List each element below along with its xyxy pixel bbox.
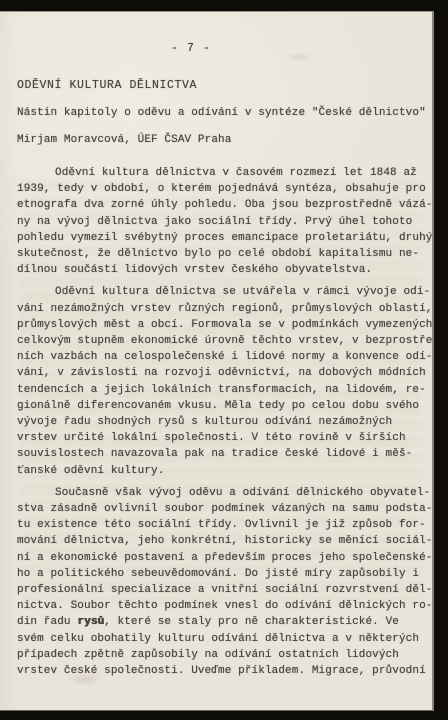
paragraph: Oděvní kultura dělnictva v časovém rozme…: [17, 165, 426, 278]
text-line: 1939, tedy v období, o kterém pojednává …: [17, 181, 426, 197]
text-line: případech zpětně zapůsobily na odívání o…: [17, 647, 426, 663]
text-line: vrstev české společnosti. Uveďme příklad…: [17, 663, 426, 679]
text-line: profesionální specializace a vnitřní soc…: [17, 582, 426, 598]
text-line: gionálně diferencovaném vkusu. Měla tedy…: [17, 398, 426, 414]
author-line: Mirjam Moravcová, ÚEF ČSAV Praha: [17, 134, 426, 146]
document-page: - 7 - ODĚVNÍ KULTURA DĚLNICTVA Nástin ka…: [0, 11, 434, 711]
page-subtitle: Nástin kapitoly o oděvu a odívání v synt…: [17, 107, 426, 119]
text-line: vání nezámožných vrstev různých regionů,…: [17, 301, 426, 317]
page-content: - 7 - ODĚVNÍ KULTURA DĚLNICTVA Nástin ka…: [0, 42, 432, 679]
page-number: - 7 -: [17, 42, 426, 55]
text-line: skutečnost, že dělnictvo bylo po celé ob…: [17, 246, 426, 262]
text-line: etnografa dva zorné úhly pohledu. Oba js…: [17, 197, 426, 213]
text-line: Oděvní kultura dělnictva v časovém rozme…: [17, 165, 426, 181]
text-line: mování dělnictva, jeho konkrétní, histor…: [17, 533, 426, 549]
text-line: pohledu vymezil svébytný proces emancipa…: [17, 230, 426, 246]
text-line: souvislostech navazovala pak na tradice …: [17, 446, 426, 462]
text-line: ny na vývoj dělnictva jako sociální tříd…: [17, 214, 426, 230]
text-line: Současně však vývoj oděvu a odívání děln…: [17, 485, 426, 501]
scan-background: - 7 - ODĚVNÍ KULTURA DĚLNICTVA Nástin ka…: [0, 0, 448, 720]
text-line: tendencích a jejich lokálních transforma…: [17, 382, 426, 398]
text-line: Oděvní kultura dělnictva se utvářela v r…: [17, 284, 426, 300]
text-line: stva zásadně ovlivnil soubor podmínek vá…: [17, 501, 426, 517]
page-title: ODĚVNÍ KULTURA DĚLNICTVA: [17, 79, 426, 92]
text-line: dílnou součástí lidových vrstev českého …: [17, 262, 426, 278]
text-line: vání, v závislosti na rozvoji oděvnictví…: [17, 365, 426, 381]
text-line: průmyslových měst a obcí. Formovala se v…: [17, 317, 426, 333]
paragraph: Oděvní kultura dělnictva se utvářela v r…: [17, 284, 426, 478]
text-line: celkovým stupněm ekonomické úrovně těcht…: [17, 333, 426, 349]
emphasized-word: rysů: [77, 616, 104, 628]
text-line: svém celku obohatily kulturu odívání děl…: [17, 631, 426, 647]
text-line: ních vazbách na celospolečenské i lidové…: [17, 349, 426, 365]
text-line: nictva. Soubor těchto podmínek vnesl do …: [17, 598, 426, 614]
text-line: din řadu rysů, které se staly pro ně cha…: [17, 614, 426, 630]
text-line: vývoje řadu shodných rysů s kulturou odí…: [17, 414, 426, 430]
text-line: vrstev určité lokální společnosti. V tét…: [17, 430, 426, 446]
document-body: Oděvní kultura dělnictva v časovém rozme…: [17, 165, 426, 679]
text-line: ní a ekonomické postavení a především pr…: [17, 550, 426, 566]
text-line: ho a politického sebeuvědomování. Do jis…: [17, 566, 426, 582]
paragraph: Současně však vývoj oděvu a odívání děln…: [17, 485, 426, 679]
text-line: ťanské oděvní kultury.: [17, 463, 426, 479]
text-line: tu existence této sociální třídy. Ovlivn…: [17, 517, 426, 533]
